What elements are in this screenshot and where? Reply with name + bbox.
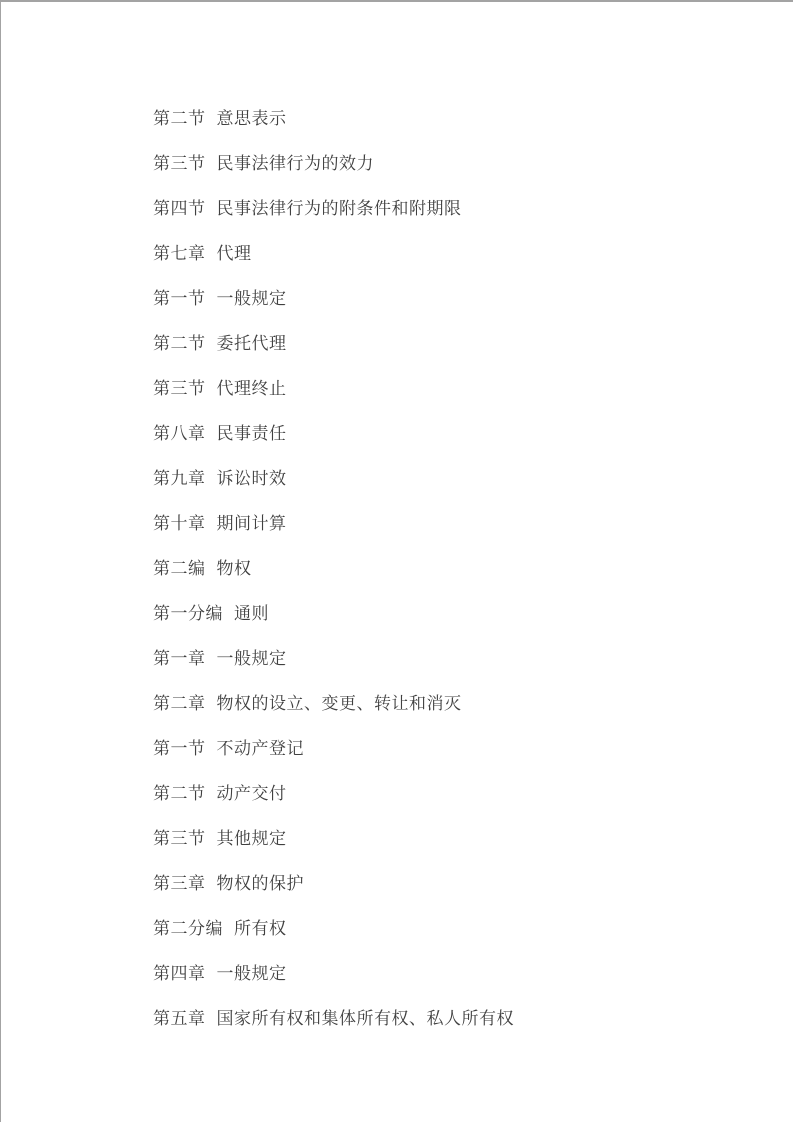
toc-entry-number: 第五章 [153,1004,206,1029]
toc-entry: 第二分编 所有权 [153,904,793,949]
toc-entry-title: 不动产登记 [217,734,305,759]
toc-entry-title: 一般规定 [217,644,287,669]
toc-entry-number: 第十章 [153,509,206,534]
toc-entry-title: 民事法律行为的效力 [217,149,375,174]
toc-entry: 第二章 物权的设立、变更、转让和消灭 [153,679,793,724]
toc-entry-title: 代理 [217,239,252,264]
toc-entry-number: 第四章 [153,959,206,984]
toc-entry: 第四章 一般规定 [153,949,793,994]
toc-entry-title: 委托代理 [217,329,287,354]
toc-entry: 第一章 一般规定 [153,634,793,679]
toc-entry-title: 代理终止 [217,374,287,399]
document-page: 第二节 意思表示 第三节 民事法律行为的效力 第四节 民事法律行为的附条件和附期… [0,0,793,1122]
toc-entry: 第三节 民事法律行为的效力 [153,139,793,184]
toc-entry: 第五章 国家所有权和集体所有权、私人所有权 [153,994,793,1039]
toc-entry-title: 一般规定 [217,959,287,984]
toc-entry-number: 第七章 [153,239,206,264]
toc-entry-number: 第一节 [153,284,206,309]
toc-entry: 第九章 诉讼时效 [153,454,793,499]
toc-entry: 第一节 不动产登记 [153,724,793,769]
toc-entry-number: 第二编 [153,554,206,579]
toc-entry-number: 第一章 [153,644,206,669]
toc-entry-number: 第二节 [153,329,206,354]
toc-entry-number: 第一分编 [153,599,223,624]
toc-entry-title: 意思表示 [217,104,287,129]
toc-entry: 第七章 代理 [153,229,793,274]
toc-entry: 第二节 意思表示 [153,94,793,139]
toc-entry: 第四节 民事法律行为的附条件和附期限 [153,184,793,229]
toc-entry-title: 国家所有权和集体所有权、私人所有权 [217,1004,515,1029]
toc-entry-number: 第八章 [153,419,206,444]
toc-entry-number: 第九章 [153,464,206,489]
toc-entry-number: 第三节 [153,824,206,849]
toc-entry-title: 物权的保护 [217,869,305,894]
toc-entry-number: 第四节 [153,194,206,219]
toc-entry: 第二编 物权 [153,544,793,589]
toc-entry: 第一分编 通则 [153,589,793,634]
toc-entry-title: 民事法律行为的附条件和附期限 [217,194,462,219]
toc-entry: 第三节 代理终止 [153,364,793,409]
table-of-contents: 第二节 意思表示 第三节 民事法律行为的效力 第四节 民事法律行为的附条件和附期… [1,2,793,1039]
toc-entry-title: 物权的设立、变更、转让和消灭 [217,689,462,714]
toc-entry-number: 第二节 [153,104,206,129]
toc-entry-number: 第三节 [153,149,206,174]
toc-entry: 第二节 委托代理 [153,319,793,364]
toc-entry-title: 期间计算 [217,509,287,534]
toc-entry-title: 民事责任 [217,419,287,444]
toc-entry-number: 第二节 [153,779,206,804]
toc-entry-title: 诉讼时效 [217,464,287,489]
toc-entry-title: 其他规定 [217,824,287,849]
toc-entry-title: 所有权 [234,914,287,939]
toc-entry-title: 一般规定 [217,284,287,309]
toc-entry: 第二节 动产交付 [153,769,793,814]
toc-entry: 第八章 民事责任 [153,409,793,454]
toc-entry-number: 第二分编 [153,914,223,939]
toc-entry: 第三章 物权的保护 [153,859,793,904]
toc-entry: 第一节 一般规定 [153,274,793,319]
toc-entry-number: 第三章 [153,869,206,894]
toc-entry-title: 物权 [217,554,252,579]
toc-entry-number: 第二章 [153,689,206,714]
toc-entry: 第十章 期间计算 [153,499,793,544]
toc-entry-title: 动产交付 [217,779,287,804]
toc-entry-title: 通则 [234,599,269,624]
toc-entry-number: 第一节 [153,734,206,759]
toc-entry-number: 第三节 [153,374,206,399]
toc-entry: 第三节 其他规定 [153,814,793,859]
